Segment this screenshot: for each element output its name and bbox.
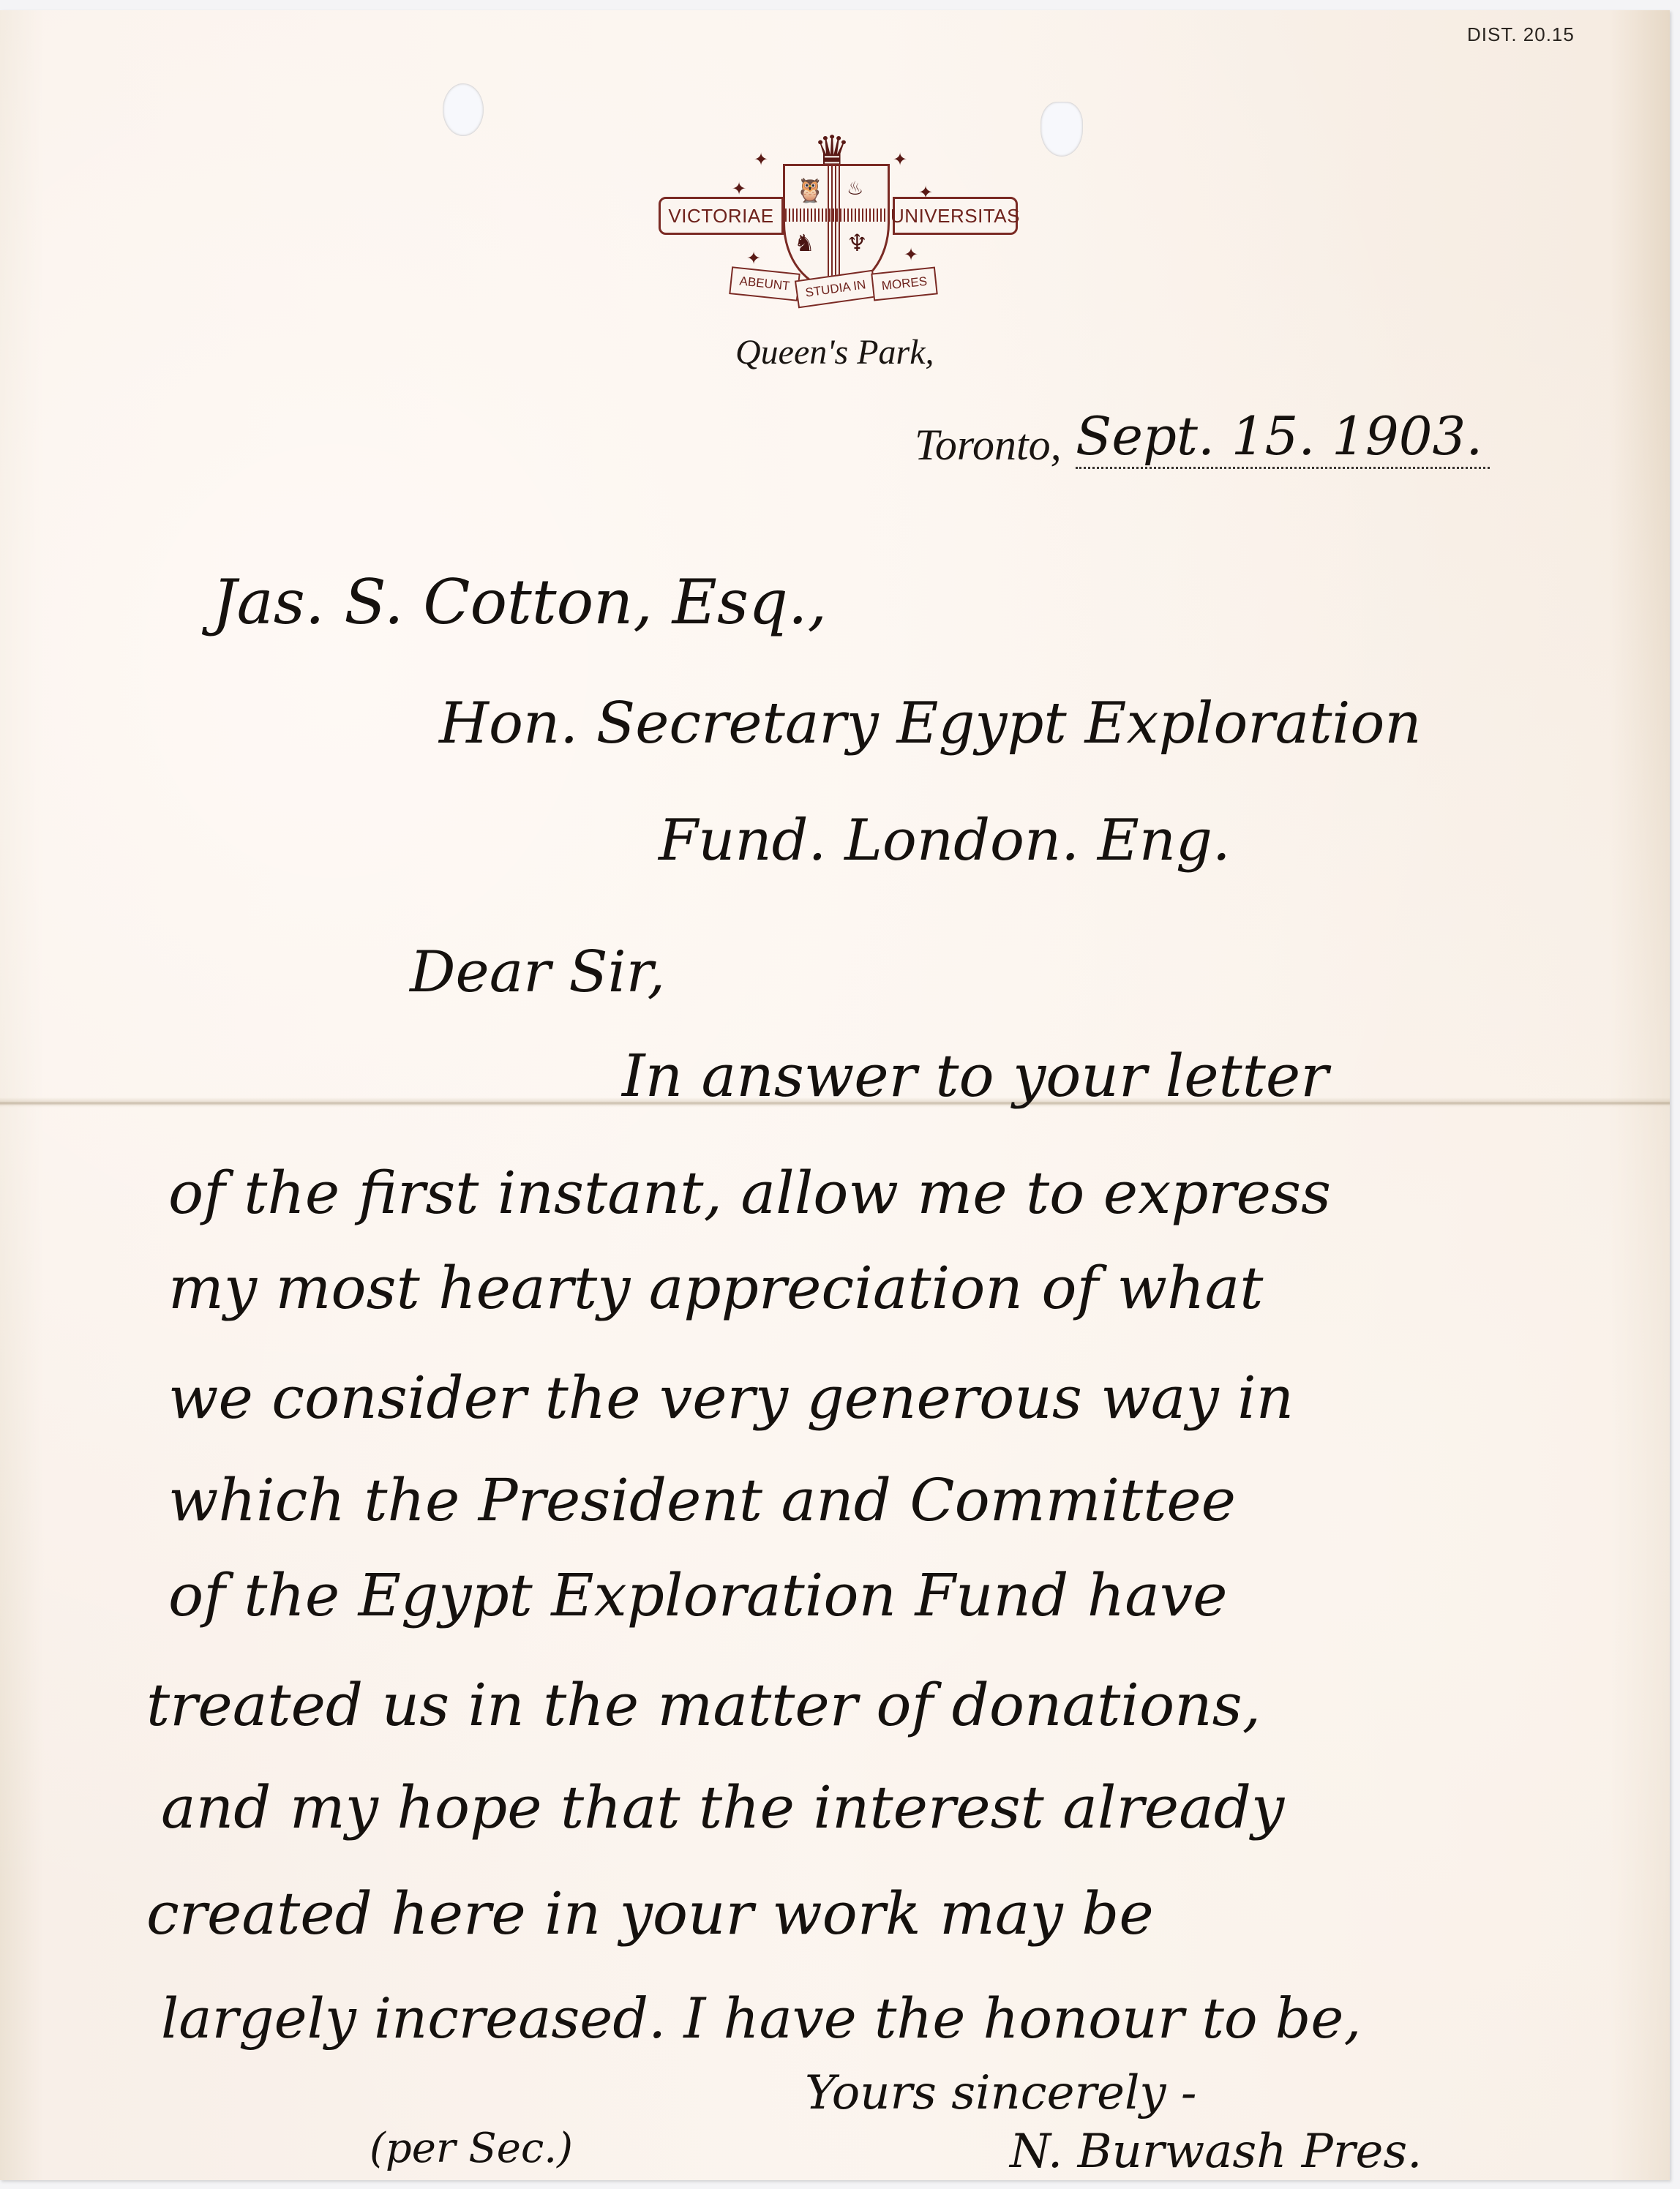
lion-icon: ♞ <box>794 229 815 257</box>
recipient-name: Jas. S. Cotton, Esq., <box>212 566 827 638</box>
letter-paper: DIST. 20.15 ♛ ✦ ✦ ✦ ✦ ✦ ✦ 🦉 ♨ ♞ ♆ VICTOR… <box>0 10 1670 2180</box>
crest-motto-1: ABEUNT <box>729 266 800 301</box>
crest-banner-left: VICTORIAE <box>659 197 784 235</box>
catalog-number: DIST. 20.15 <box>1467 23 1575 46</box>
eagle-icon: ♆ <box>847 229 868 257</box>
punch-hole-right <box>1040 102 1083 157</box>
body-line-2: of the first instant, allow me to expres… <box>168 1159 1331 1227</box>
crest-shield: 🦉 ♨ ♞ ♆ <box>783 164 890 289</box>
recipient-address: Fund. London. Eng. <box>659 808 1231 874</box>
body-line-3: my most hearty appreciation of what <box>168 1254 1263 1322</box>
body-line-1: In answer to your letter <box>622 1042 1328 1110</box>
body-line-5: which the President and Committee <box>168 1466 1236 1534</box>
letter-date: Sept. 15. 1903. <box>1076 405 1490 469</box>
punch-hole-left <box>443 83 484 136</box>
body-line-10: largely increased. I have the honour to … <box>161 1986 1362 2051</box>
recipient-title: Hon. Secretary Egypt Exploration <box>439 691 1422 756</box>
salutation: Dear Sir, <box>410 939 665 1005</box>
body-line-7: treated us in the matter of donations, <box>146 1671 1261 1739</box>
body-line-8: and my hope that the interest already <box>161 1773 1284 1841</box>
maple-leaf-icon: ✦ <box>732 179 746 199</box>
signature: N. Burwash Pres. <box>1010 2125 1422 2179</box>
maple-leaf-icon: ✦ <box>746 248 761 269</box>
body-line-6: of the Egypt Exploration Fund have <box>168 1561 1227 1629</box>
secretary-annotation: (per Sec.) <box>370 2125 573 2172</box>
crest-motto-3: MORES <box>871 267 937 301</box>
maple-leaf-icon: ✦ <box>893 149 907 170</box>
maple-leaf-icon: ✦ <box>904 244 918 265</box>
body-line-9: created here in your work may be <box>146 1880 1154 1948</box>
closing: Yours sincerely - <box>805 2066 1197 2120</box>
crest-banner-right: UNIVERSITAS <box>893 197 1018 235</box>
lamp-of-learning-icon: ♨ <box>847 178 863 200</box>
letterhead-address: Queen's Park, <box>735 332 934 372</box>
university-crest: ♛ ✦ ✦ ✦ ✦ ✦ ✦ 🦉 ♨ ♞ ♆ VICTORIAE UNIVERSI… <box>651 120 1017 303</box>
body-line-4: we consider the very generous way in <box>168 1364 1294 1432</box>
owl-icon: 🦉 <box>795 176 825 204</box>
maple-leaf-icon: ✦ <box>754 149 768 170</box>
letterhead-city: Toronto, <box>915 420 1062 470</box>
